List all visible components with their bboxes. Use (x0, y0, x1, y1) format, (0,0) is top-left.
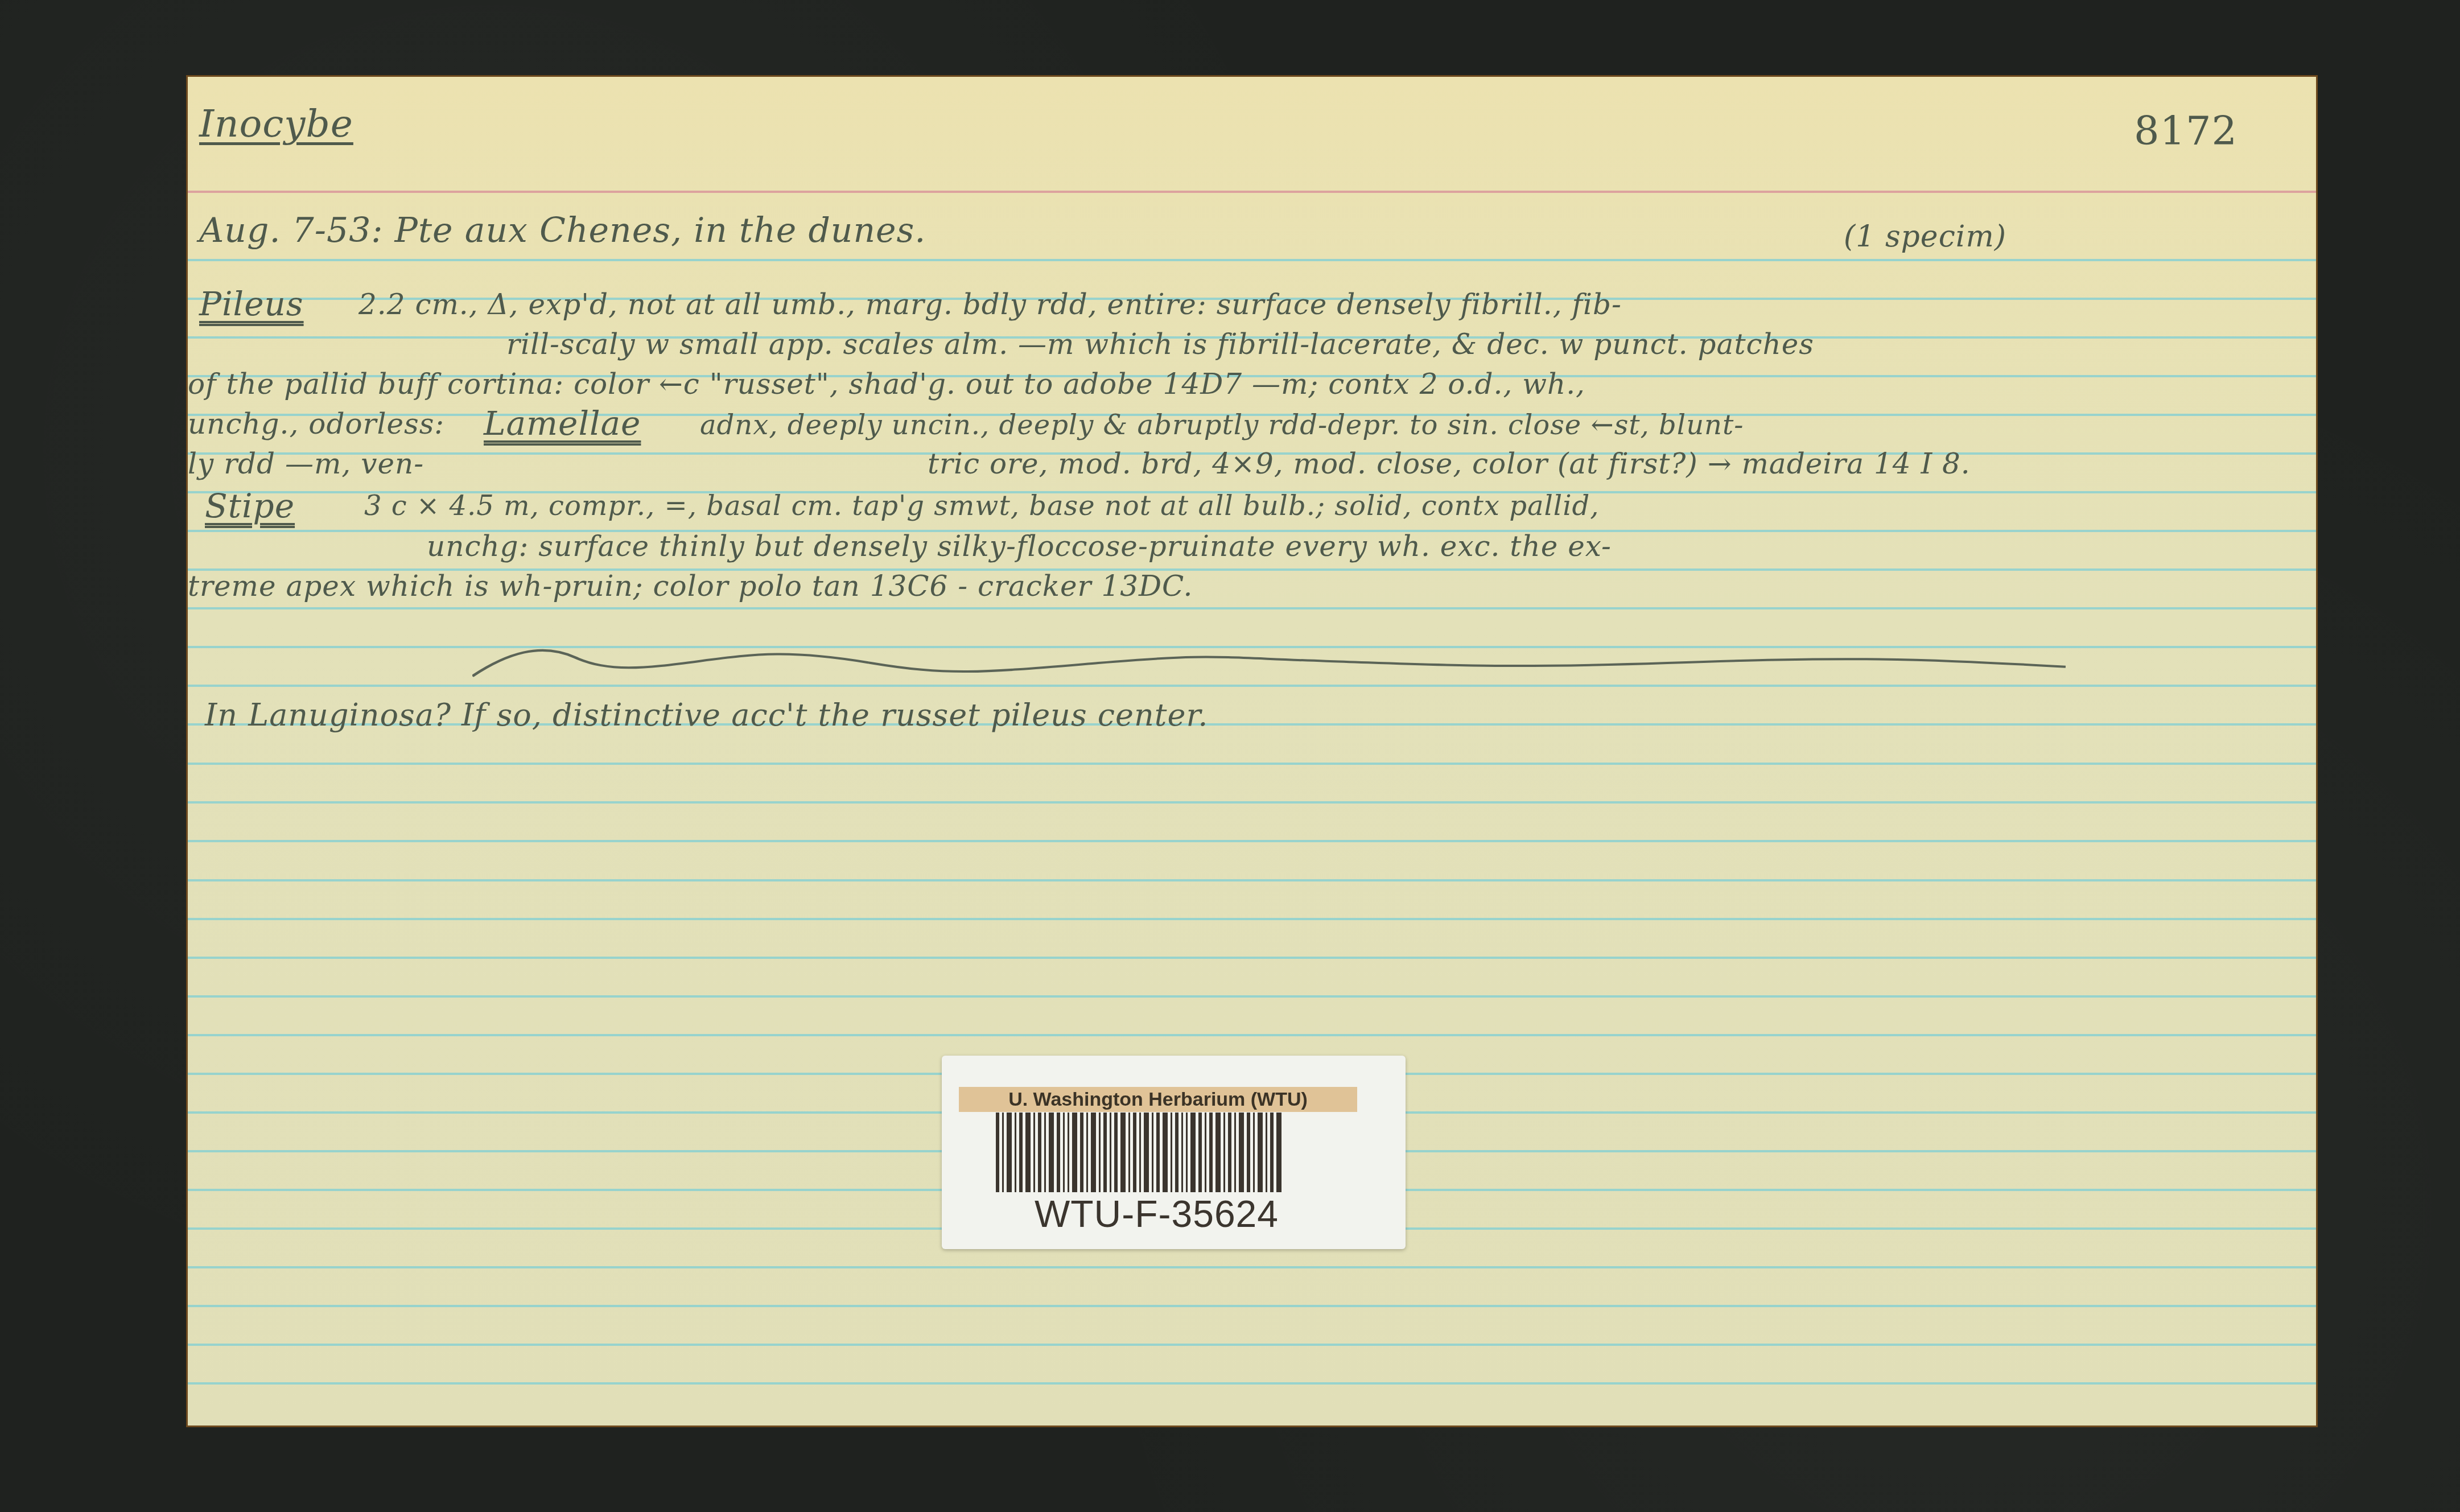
index-card: Inocybe 8172 Aug. 7-53: Pte aux Chenes, … (188, 77, 2316, 1426)
blue-rule (188, 840, 2316, 842)
blue-rule (188, 957, 2316, 959)
lamellae-line-2-left: ly rdd —m, ven- (188, 450, 424, 478)
stipe-line-3: treme apex which is wh-pruin; color polo… (188, 572, 1193, 600)
blue-rule (188, 1344, 2316, 1346)
barcode (996, 1113, 1320, 1192)
pileus-line-3: of the pallid buff cortina: color ←c "ru… (188, 370, 1585, 398)
blue-rule (188, 763, 2316, 765)
taxonomic-note: In Lanuginosa? If so, distinctive acc't … (205, 700, 1208, 731)
lamellae-heading: Lamellae (484, 407, 641, 440)
lamellae-line-1: adnx, deeply uncin., deeply & abruptly r… (700, 411, 1744, 439)
red-header-rule (188, 191, 2316, 193)
stipe-line-2: unchg: surface thinly but densely silky-… (427, 532, 1612, 561)
blue-rule (188, 1382, 2316, 1385)
blue-rule (188, 607, 2316, 609)
blue-rule (188, 259, 2316, 261)
collection-date-locality: Aug. 7-53: Pte aux Chenes, in the dunes. (199, 213, 926, 248)
blue-rule (188, 995, 2316, 998)
institution-band: U. Washington Herbarium (WTU) (959, 1087, 1357, 1112)
blue-rule (188, 918, 2316, 920)
blue-rule (188, 1266, 2316, 1268)
pileus-line-1: 2.2 cm., Δ, exp'd, not at all umb., marg… (359, 290, 1622, 319)
lamellae-prefix: unchg., odorless: (188, 410, 444, 438)
blue-rule (188, 1034, 2316, 1036)
lamellae-line-2-right: tric ore, mod. brd, 4×9, mod. close, col… (928, 450, 1971, 478)
section-divider-squiggle (472, 646, 2066, 691)
stipe-heading: Stipe (205, 489, 295, 522)
blue-rule (188, 879, 2316, 881)
pileus-line-2: rill-scaly w small app. scales alm. —m w… (506, 330, 1814, 359)
blue-rule (188, 801, 2316, 804)
catalog-number: WTU-F-35624 (942, 1192, 1371, 1235)
specimen-count-note: (1 specim) (1844, 222, 2006, 252)
collection-number: 8172 (2134, 111, 2238, 151)
blue-rule (188, 1305, 2316, 1307)
pileus-heading: Pileus (199, 287, 304, 320)
genus-heading: Inocybe (199, 105, 353, 143)
herbarium-barcode-label: U. Washington Herbarium (WTU) WTU-F-3562… (942, 1056, 1406, 1249)
stipe-line-1: 3 c × 4.5 m, compr., =, basal cm. tap'g … (364, 492, 1600, 520)
